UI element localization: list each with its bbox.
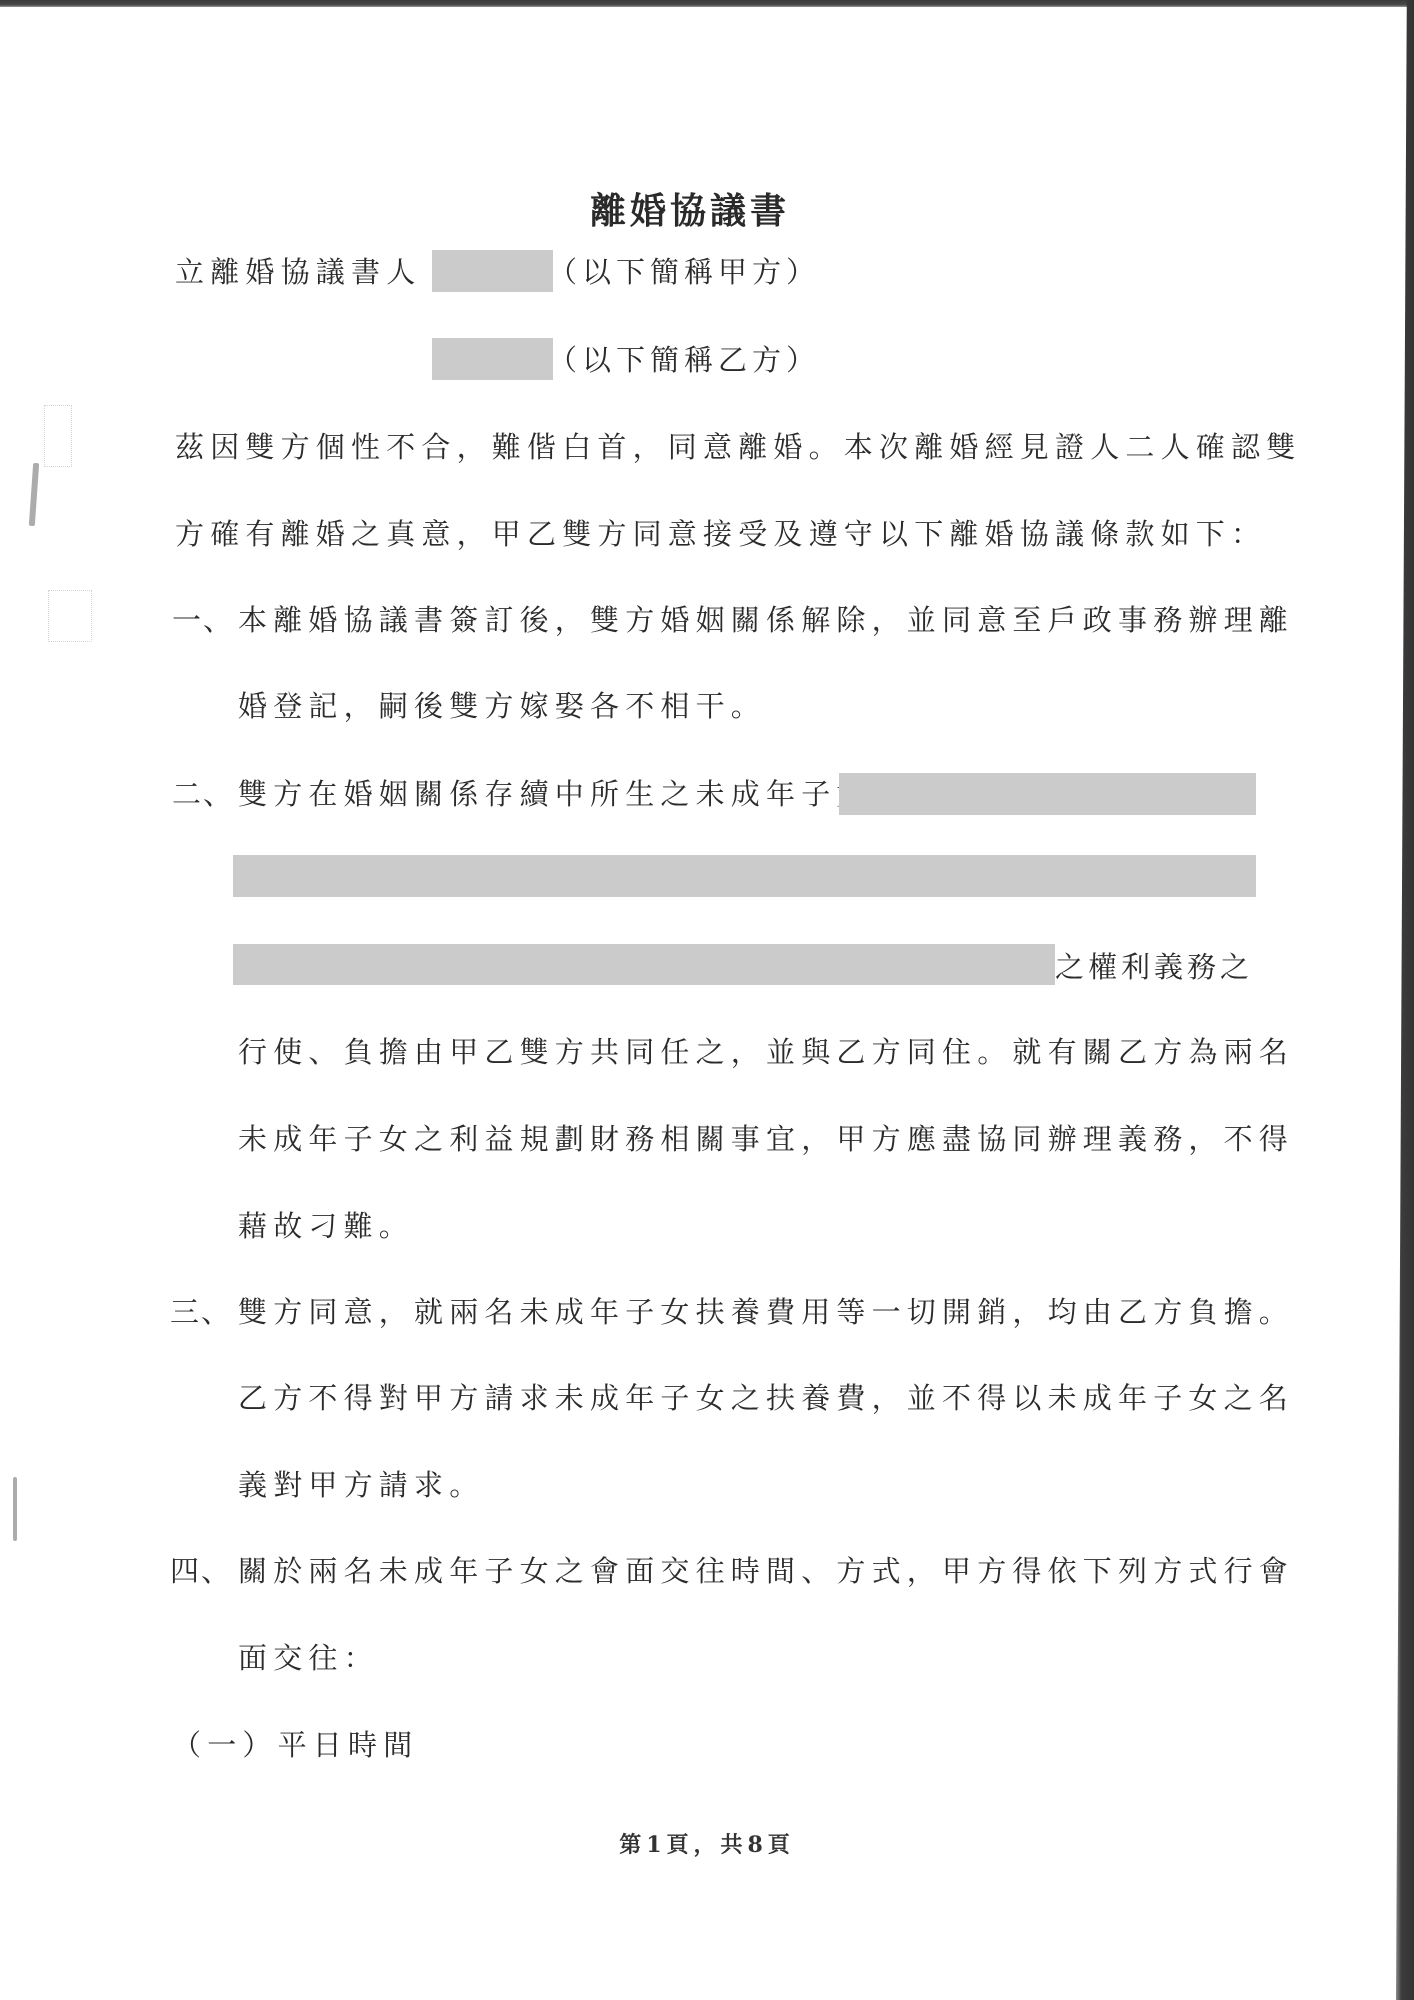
scan-smudge xyxy=(29,463,39,526)
subheading-weekday: （一）平日時間 xyxy=(172,1725,418,1765)
clause-line: 乙方不得對甲方請求未成年子女之扶養費，並不得以未成年子女之名 xyxy=(238,1378,1294,1418)
clause-number: 三、 xyxy=(170,1292,232,1332)
document-title: 離婚協議書 xyxy=(0,183,1380,234)
clause-line: 義對甲方請求。 xyxy=(238,1465,484,1505)
preamble-line: 茲因雙方個性不合，難偕白首，同意離婚。本次離婚經見證人二人確認雙 xyxy=(175,427,1301,467)
scan-speckle xyxy=(48,590,92,642)
clause-number: 二、 xyxy=(172,774,234,814)
redacted-children-info xyxy=(233,944,1055,985)
clause-number: 一、 xyxy=(172,600,234,640)
clause-line: 面交往： xyxy=(238,1638,379,1678)
clause-line: 未成年子女之利益規劃財務相關事宜，甲方應盡協同辦理義務，不得 xyxy=(238,1119,1294,1159)
redacted-party-b-name xyxy=(432,338,553,380)
clause-line: 關於兩名未成年子女之會面交往時間、方式，甲方得依下列方式行會 xyxy=(238,1551,1294,1591)
clause-line: 之權利義務之 xyxy=(1055,947,1253,987)
clause-line: 藉故刁難。 xyxy=(238,1206,414,1246)
clause-line: 雙方在婚姻關係存續中所生之未成年子女 xyxy=(238,774,872,814)
redacted-children-info xyxy=(233,855,1256,897)
scan-speckle xyxy=(44,405,72,467)
scanned-page: 離婚協議書 立離婚協議書人 （以下簡稱甲方） （以下簡稱乙方） 茲因雙方個性不合… xyxy=(0,0,1414,2000)
scanner-border-right xyxy=(1396,0,1414,2000)
scan-smudge xyxy=(13,1477,17,1541)
clause-line: 婚登記，嗣後雙方嫁娶各不相干。 xyxy=(238,686,766,726)
signatory-label: 立離婚協議書人 xyxy=(175,252,421,292)
party-a-suffix: （以下簡稱甲方） xyxy=(548,252,820,292)
page-number-footer: 第1頁，共8頁 xyxy=(0,1828,1414,1859)
redacted-children-info xyxy=(839,773,1256,815)
clause-line: 行使、負擔由甲乙雙方共同任之，並與乙方同住。就有關乙方為兩名 xyxy=(238,1032,1294,1072)
party-b-suffix: （以下簡稱乙方） xyxy=(548,340,820,380)
preamble-line: 方確有離婚之真意，甲乙雙方同意接受及遵守以下離婚協議條款如下： xyxy=(175,514,1266,554)
clause-number: 四、 xyxy=(170,1551,232,1591)
redacted-party-a-name xyxy=(432,250,553,292)
clause-line: 雙方同意，就兩名未成年子女扶養費用等一切開銷，均由乙方負擔。 xyxy=(238,1292,1294,1332)
scanner-border-top xyxy=(0,0,1414,7)
clause-line: 本離婚協議書簽訂後，雙方婚姻關係解除，並同意至戶政事務辦理離 xyxy=(238,600,1294,640)
